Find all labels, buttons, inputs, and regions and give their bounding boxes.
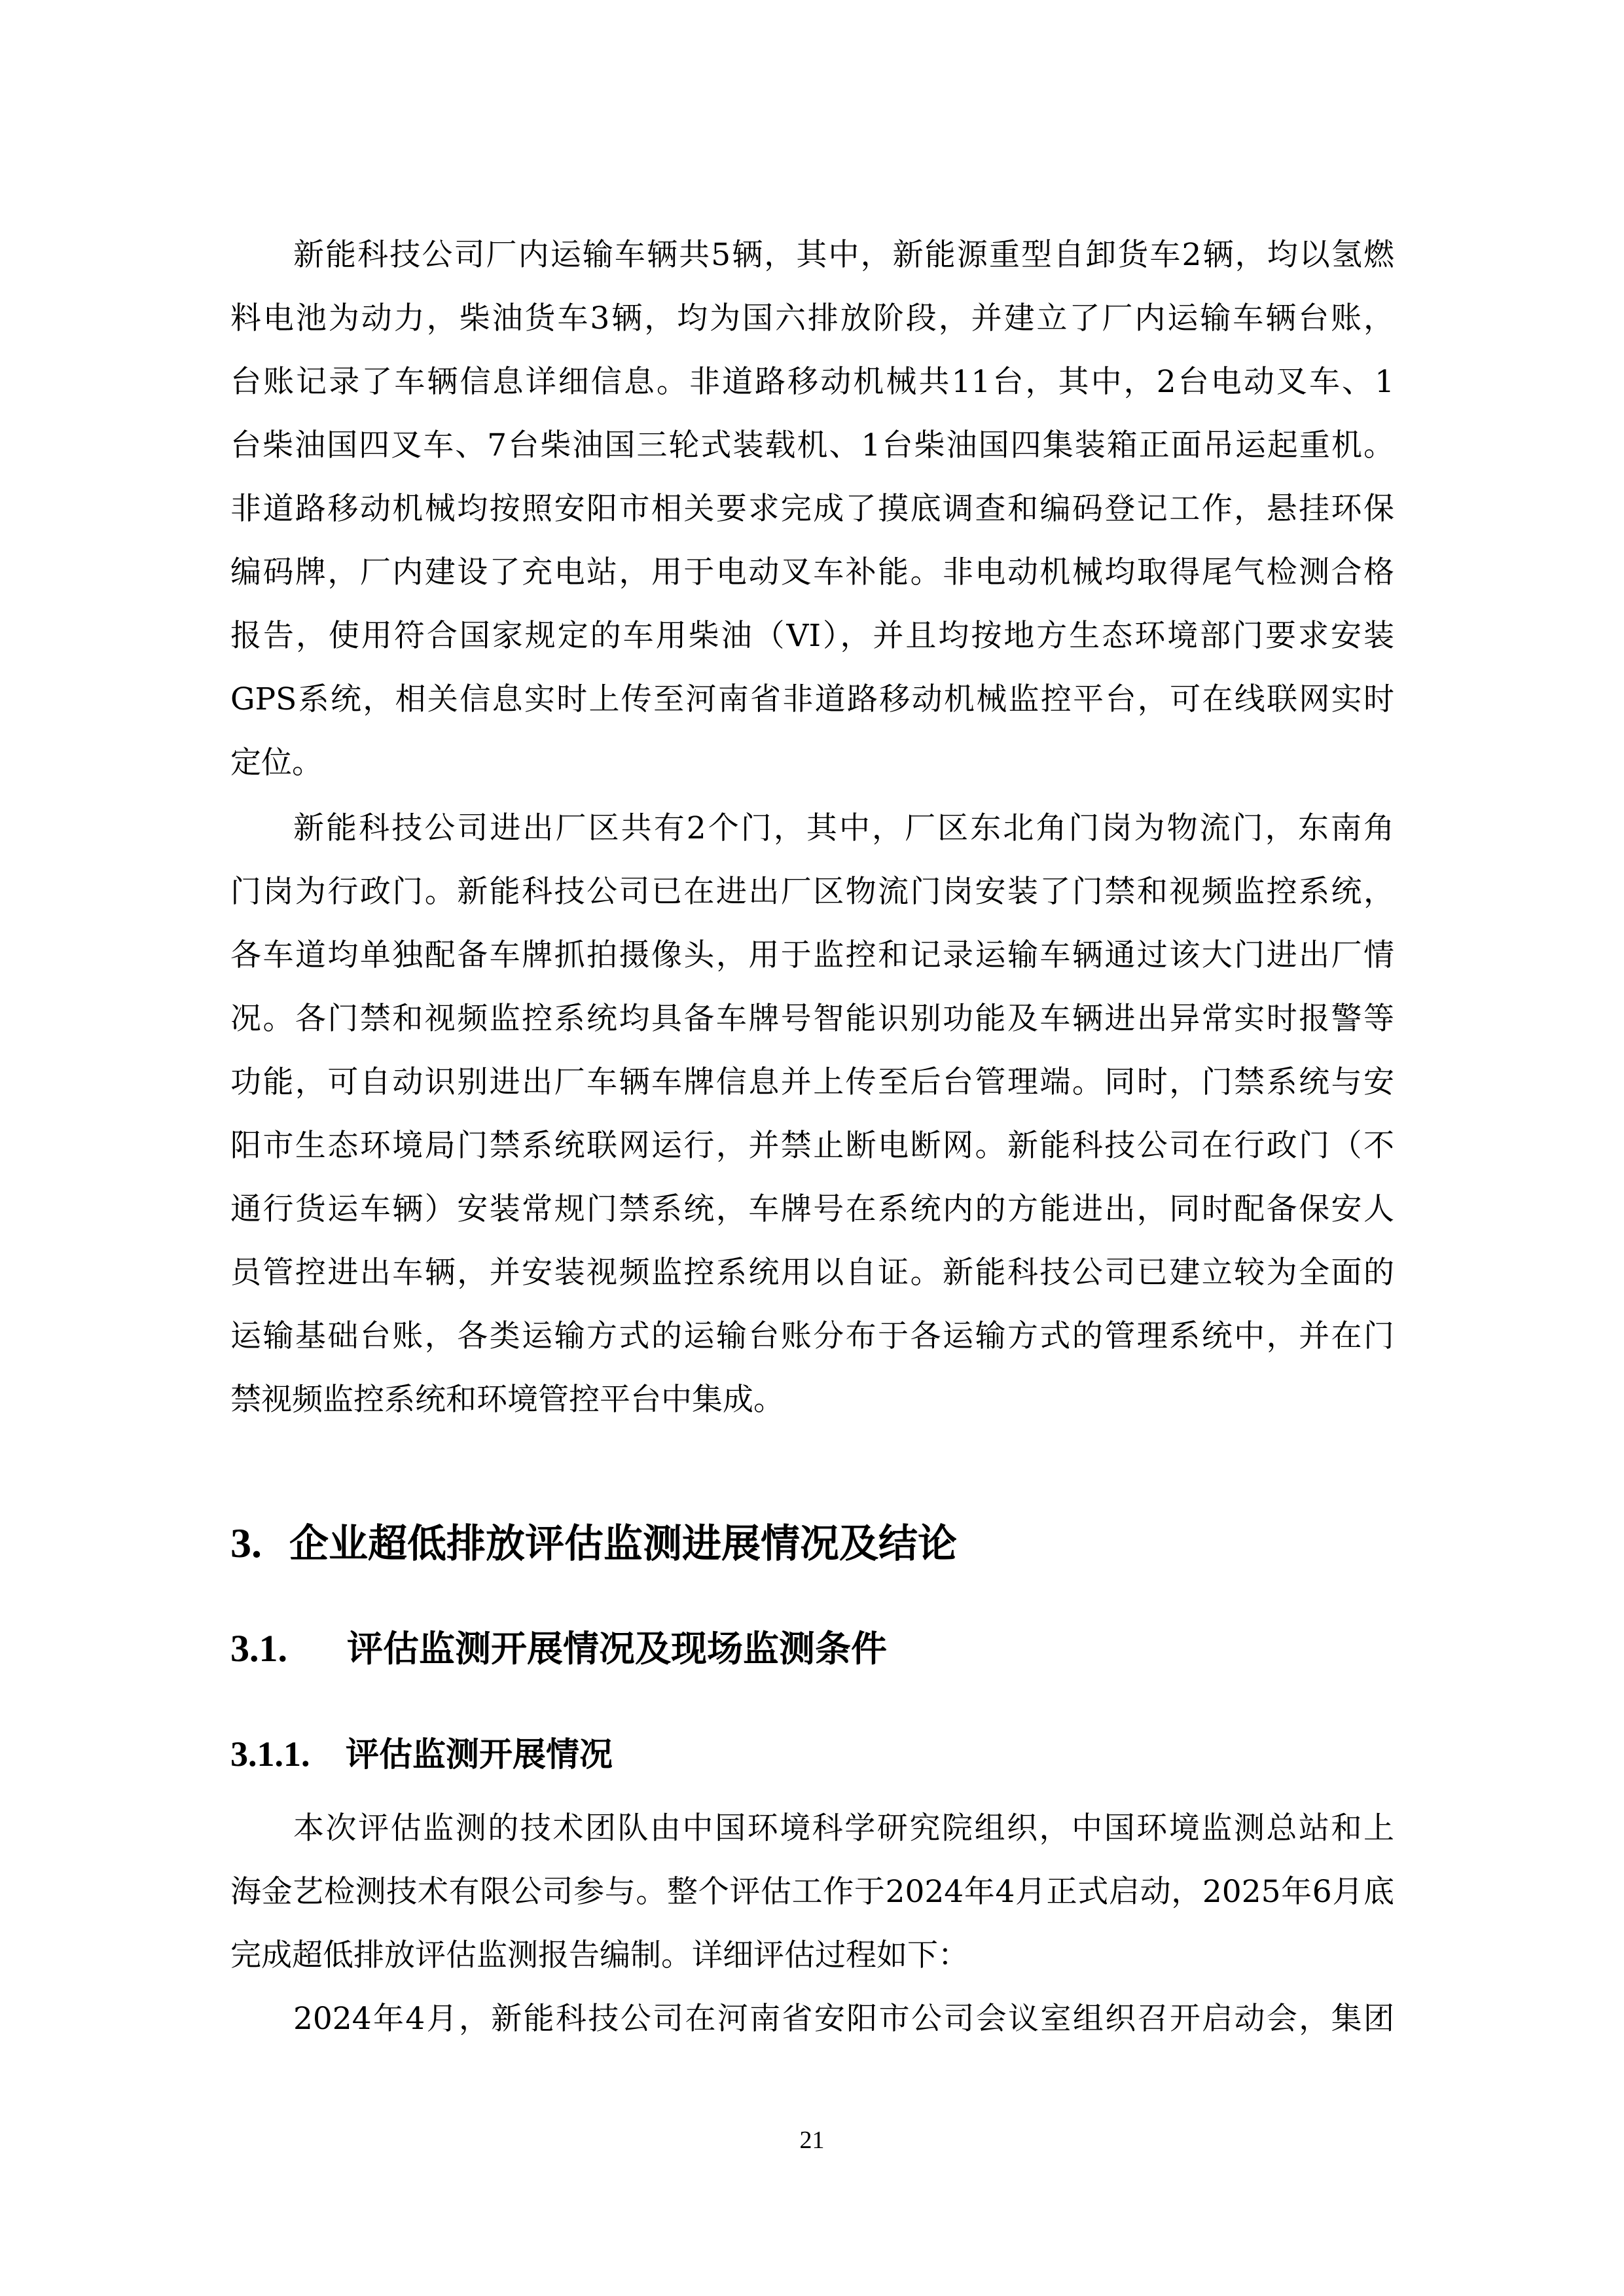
paragraph-line: 非道路移动机械均按照安阳市相关要求完成了摸底调查和编码登记工作，悬挂环保 xyxy=(230,490,1394,529)
section-heading-3-1-1: 3.1.1.评估监测开展情况 xyxy=(230,1731,613,1777)
paragraph-line: 本次评估监测的技术团队由中国环境科学研究院组织，中国环境监测总站和上 xyxy=(293,1809,1394,1848)
section-heading-3: 3.企业超低排放评估监测进展情况及结论 xyxy=(230,1517,957,1570)
paragraph-line: 门岗为行政门。新能科技公司已在进出厂区物流门岗安装了门禁和视频监控系统， xyxy=(230,872,1394,912)
paragraph-line: 阳市生态环境局门禁系统联网运行，并禁止断电断网。新能科技公司在行政门（不 xyxy=(230,1126,1394,1166)
heading-number: 3. xyxy=(230,1517,289,1570)
heading-title: 企业超低排放评估监测进展情况及结论 xyxy=(289,1521,957,1567)
paragraph-line: 完成超低排放评估监测报告编制。详细评估过程如下： xyxy=(230,1936,1394,1975)
paragraph-line: 定位。 xyxy=(230,744,1394,783)
document-page: 新能科技公司厂内运输车辆共5辆，其中，新能源重型自卸货车2辆，均以氢燃 料电池为… xyxy=(0,0,1624,2296)
paragraph-line: 2024年4月，新能科技公司在河南省安阳市公司会议室组织召开启动会，集团 xyxy=(293,2000,1394,2039)
paragraph-line: 员管控进出车辆，并安装视频监控系统用以自证。新能科技公司已建立较为全面的 xyxy=(230,1253,1394,1293)
paragraph-line: 海金艺检测技术有限公司参与。整个评估工作于2024年4月正式启动，2025年6月… xyxy=(230,1873,1394,1912)
heading-title: 评估监测开展情况 xyxy=(346,1736,613,1774)
heading-title: 评估监测开展情况及现场监测条件 xyxy=(347,1628,887,1670)
heading-number: 3.1.1. xyxy=(230,1731,346,1777)
paragraph-line: 运输基础台账，各类运输方式的运输台账分布于各运输方式的管理系统中，并在门 xyxy=(230,1317,1394,1356)
paragraph-line: 各车道均单独配备车牌抓拍摄像头，用于监控和记录运输车辆通过该大门进出厂情 xyxy=(230,936,1394,975)
paragraph-line: GPS系统，相关信息实时上传至河南省非道路移动机械监控平台，可在线联网实时 xyxy=(230,680,1394,719)
paragraph-line: 况。各门禁和视频监控系统均具备车牌号智能识别功能及车辆进出异常实时报警等 xyxy=(230,999,1394,1039)
paragraph-line: 报告，使用符合国家规定的车用柴油（VI），并且均按地方生态环境部门要求安装 xyxy=(230,617,1394,656)
page-number: 21 xyxy=(0,2124,1624,2157)
paragraph-line: 编码牌，厂内建设了充电站，用于电动叉车补能。非电动机械均取得尾气检测合格 xyxy=(230,553,1394,592)
heading-number: 3.1. xyxy=(230,1624,347,1673)
paragraph-line: 台账记录了车辆信息详细信息。非道路移动机械共11台，其中，2台电动叉车、1 xyxy=(230,363,1394,402)
paragraph-line: 功能，可自动识别进出厂车辆车牌信息并上传至后台管理端。同时，门禁系统与安 xyxy=(230,1063,1394,1102)
paragraph-line: 料电池为动力，柴油货车3辆，均为国六排放阶段，并建立了厂内运输车辆台账， xyxy=(230,299,1394,338)
paragraph-line: 新能科技公司进出厂区共有2个门，其中，厂区东北角门岗为物流门，东南角 xyxy=(293,809,1394,848)
paragraph-line: 禁视频监控系统和环境管控平台中集成。 xyxy=(230,1380,1394,1420)
paragraph-line: 通行货运车辆）安装常规门禁系统，车牌号在系统内的方能进出，同时配备保安人 xyxy=(230,1190,1394,1229)
paragraph-line: 新能科技公司厂内运输车辆共5辆，其中，新能源重型自卸货车2辆，均以氢燃 xyxy=(293,236,1394,275)
paragraph-line: 台柴油国四叉车、7台柴油国三轮式装载机、1台柴油国四集装箱正面吊运起重机。 xyxy=(230,426,1394,465)
section-heading-3-1: 3.1.评估监测开展情况及现场监测条件 xyxy=(230,1624,887,1673)
